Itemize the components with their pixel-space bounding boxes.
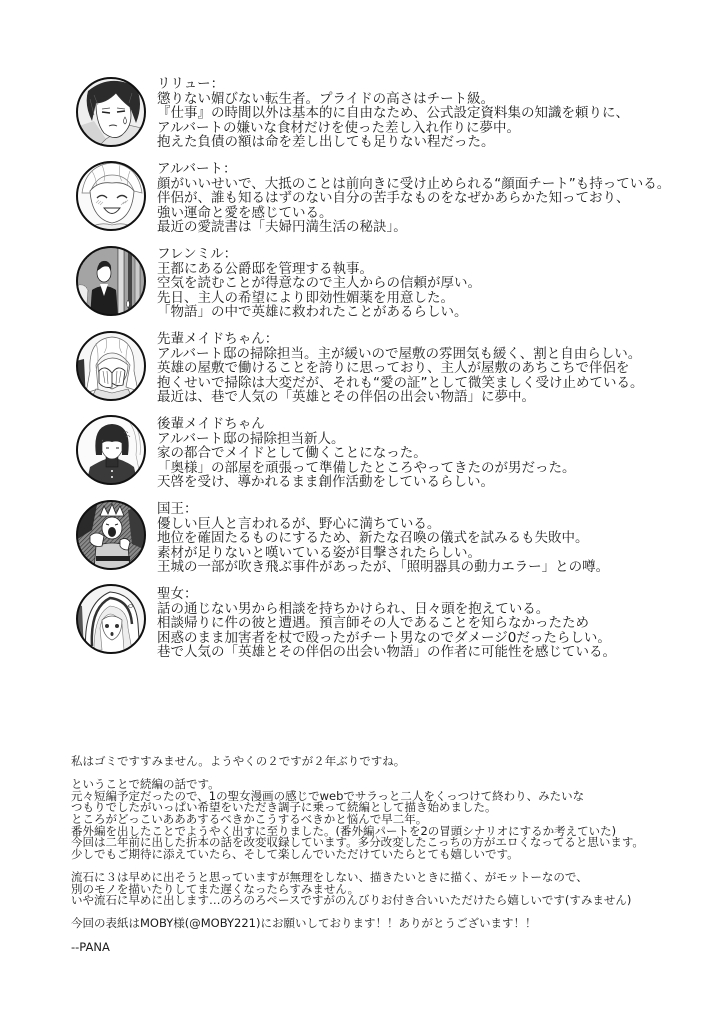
character-avatar-frenmil xyxy=(76,246,146,316)
afterword-sequel-story: ということで続編の話です。 元々短編予定だったので、1の聖女漫画の感じでwebで… xyxy=(71,779,644,860)
afterword-line: 私はゴミですすみません。ようやくの２ですが２年ぶりですね。 xyxy=(71,756,644,768)
character-profile-saint: 聖女： 話の通じない男から相談を持ちかけられ、日々頭を抱えている。 相談帰りに件… xyxy=(157,587,616,660)
profile-line: アルバート邸の掃除担当。主が緩いので屋敷の雰囲気も緩く、割と自由らしい。 xyxy=(157,347,644,362)
profile-line: 強い運命と愛を感じている。 xyxy=(157,206,670,221)
profile-line: 家の都合でメイドとして働くことになった。 xyxy=(157,446,576,461)
afterword-line: 少しでもご期待に添えていたら、そして楽しんでいただけていたらとても嬉しいです。 xyxy=(71,849,644,861)
profile-line: 顔がいいせいで、大抵のことは前向きに受け止められる“顔面チート”も持っている。 xyxy=(157,177,670,192)
character-name: アルバート： xyxy=(157,162,670,177)
character-avatar-saint xyxy=(76,584,146,654)
profile-line: 空気を読むことが得意なので主人からの信頼が厚い。 xyxy=(157,276,481,291)
afterword-next-volume: 流石に３は早めに出そうと思っていますが無理をしない、描きたいときに描く、がモット… xyxy=(71,872,644,907)
profile-line: 先日、主人の希望により即効性媚薬を用意した。 xyxy=(157,291,481,306)
profile-line: 困惑のまま加害者を杖で殴ったがチート男なのでダメージ0だったらしい。 xyxy=(157,631,616,646)
profile-line: 最近の愛読書は「夫婦円満生活の秘訣」。 xyxy=(157,220,670,235)
character-name: 聖女： xyxy=(157,587,616,602)
character-name: 国王： xyxy=(157,502,609,517)
portrait-image xyxy=(76,77,146,147)
character-avatar-junior-maid xyxy=(76,415,146,485)
profile-line: アルバート邸の掃除担当新人。 xyxy=(157,432,576,447)
character-name: リリュー： xyxy=(157,77,629,92)
profile-line: 抱くせいで掃除は大変だが、それも“愛の証”として微笑ましく受け止めている。 xyxy=(157,376,644,391)
profile-line: アルバートの嫌いな食材だけを使った差し入れ作りに夢中。 xyxy=(157,121,629,136)
profile-line: 相談帰りに件の彼と遭遇。預言師その人であることを知らなかったため xyxy=(157,616,616,631)
afterword-signature: --PANA xyxy=(71,942,644,954)
profile-line: 「奥様」の部屋を頑張って準備したところやってきたのが男だった。 xyxy=(157,461,576,476)
character-name: 後輩メイドちゃん xyxy=(157,417,576,432)
profile-line: 英雄の屋敷で働けることを誇りに思っており、主人が屋敷のあちこちで伴侶を xyxy=(157,361,644,376)
profile-line: 巷で人気の「英雄とその伴侶の出会い物語」の作者に可能性を感じている。 xyxy=(157,645,616,660)
character-avatar-riryu xyxy=(76,77,146,147)
character-profile-senior-maid: 先輩メイドちゃん： アルバート邸の掃除担当。主が緩いので屋敷の雰囲気も緩く、割と… xyxy=(157,332,644,405)
portrait-image xyxy=(76,584,146,654)
afterword-line: いや流石に早めに出します…のろのろペースですがのんびりお付き合いいただけたら嬉し… xyxy=(71,895,644,907)
profile-line: 素材が足りないと嘆いている姿が目撃されたらしい。 xyxy=(157,546,609,561)
portrait-image xyxy=(76,246,146,316)
afterword: 私はゴミですすみません。ようやくの２ですが２年ぶりですね。 ということで続編の話… xyxy=(71,756,644,965)
character-profile-king: 国王： 優しい巨人と言われるが、野心に満ちている。 地位を確固たるものにするため… xyxy=(157,502,609,575)
portrait-image xyxy=(76,415,146,485)
character-profile-frenmil: フレンミル： 王都にある公爵邸を管理する執事。 空気を読むことが得意なので主人か… xyxy=(157,247,481,320)
profile-line: 伴侶が、誰も知るはずのない自分の苦手なものをなぜかあらかた知っており、 xyxy=(157,191,670,206)
portrait-image xyxy=(76,331,146,401)
profile-line: 地位を確固たるものにするため、新たな召喚の儀式を試みるも失敗中。 xyxy=(157,531,609,546)
profile-line: 「物語」の中で英雄に救われたことがあるらしい。 xyxy=(157,305,481,320)
character-profile-albert: アルバート： 顔がいいせいで、大抵のことは前向きに受け止められる“顔面チート”も… xyxy=(157,162,670,235)
profile-line: 天啓を受け、導かれるまま創作活動をしているらしい。 xyxy=(157,475,576,490)
portrait-image xyxy=(76,161,146,231)
portrait-image xyxy=(76,500,146,570)
character-avatar-albert xyxy=(76,161,146,231)
afterword-greeting: 私はゴミですすみません。ようやくの２ですが２年ぶりですね。 xyxy=(71,756,644,768)
afterword-line: 今回の表紙はMOBY様(@MOBY221)にお願いしております！！ありがとうござ… xyxy=(71,918,644,930)
profile-line: 『仕事』の時間以外は基本的に自由なため、公式設定資料集の知識を頼りに、 xyxy=(157,106,629,121)
afterword-cover-credit: 今回の表紙はMOBY様(@MOBY221)にお願いしております！！ありがとうござ… xyxy=(71,918,644,930)
character-name: 先輩メイドちゃん： xyxy=(157,332,644,347)
author-signature: --PANA xyxy=(71,942,644,954)
profile-line: 王都にある公爵邸を管理する執事。 xyxy=(157,262,481,277)
character-profile-junior-maid: 後輩メイドちゃん アルバート邸の掃除担当新人。 家の都合でメイドとして働くことに… xyxy=(157,417,576,490)
profile-line: 抱えた負債の額は命を差し出しても足りない程だった。 xyxy=(157,135,629,150)
profile-line: 最近は、巷で人気の「英雄とその伴侶の出会い物語」に夢中。 xyxy=(157,390,644,405)
profile-line: 懲りない媚びない転生者。プライドの高さはチート級。 xyxy=(157,92,629,107)
profile-line: 王城の一部が吹き飛ぶ事件があったが、「照明器具の動力エラー」との噂。 xyxy=(157,560,609,575)
profile-line: 優しい巨人と言われるが、野心に満ちている。 xyxy=(157,517,609,532)
character-avatar-king xyxy=(76,500,146,570)
profile-line: 話の通じない男から相談を持ちかけられ、日々頭を抱えている。 xyxy=(157,602,616,617)
character-avatar-senior-maid xyxy=(76,331,146,401)
character-name: フレンミル： xyxy=(157,247,481,262)
character-profile-riryu: リリュー： 懲りない媚びない転生者。プライドの高さはチート級。 『仕事』の時間以… xyxy=(157,77,629,150)
